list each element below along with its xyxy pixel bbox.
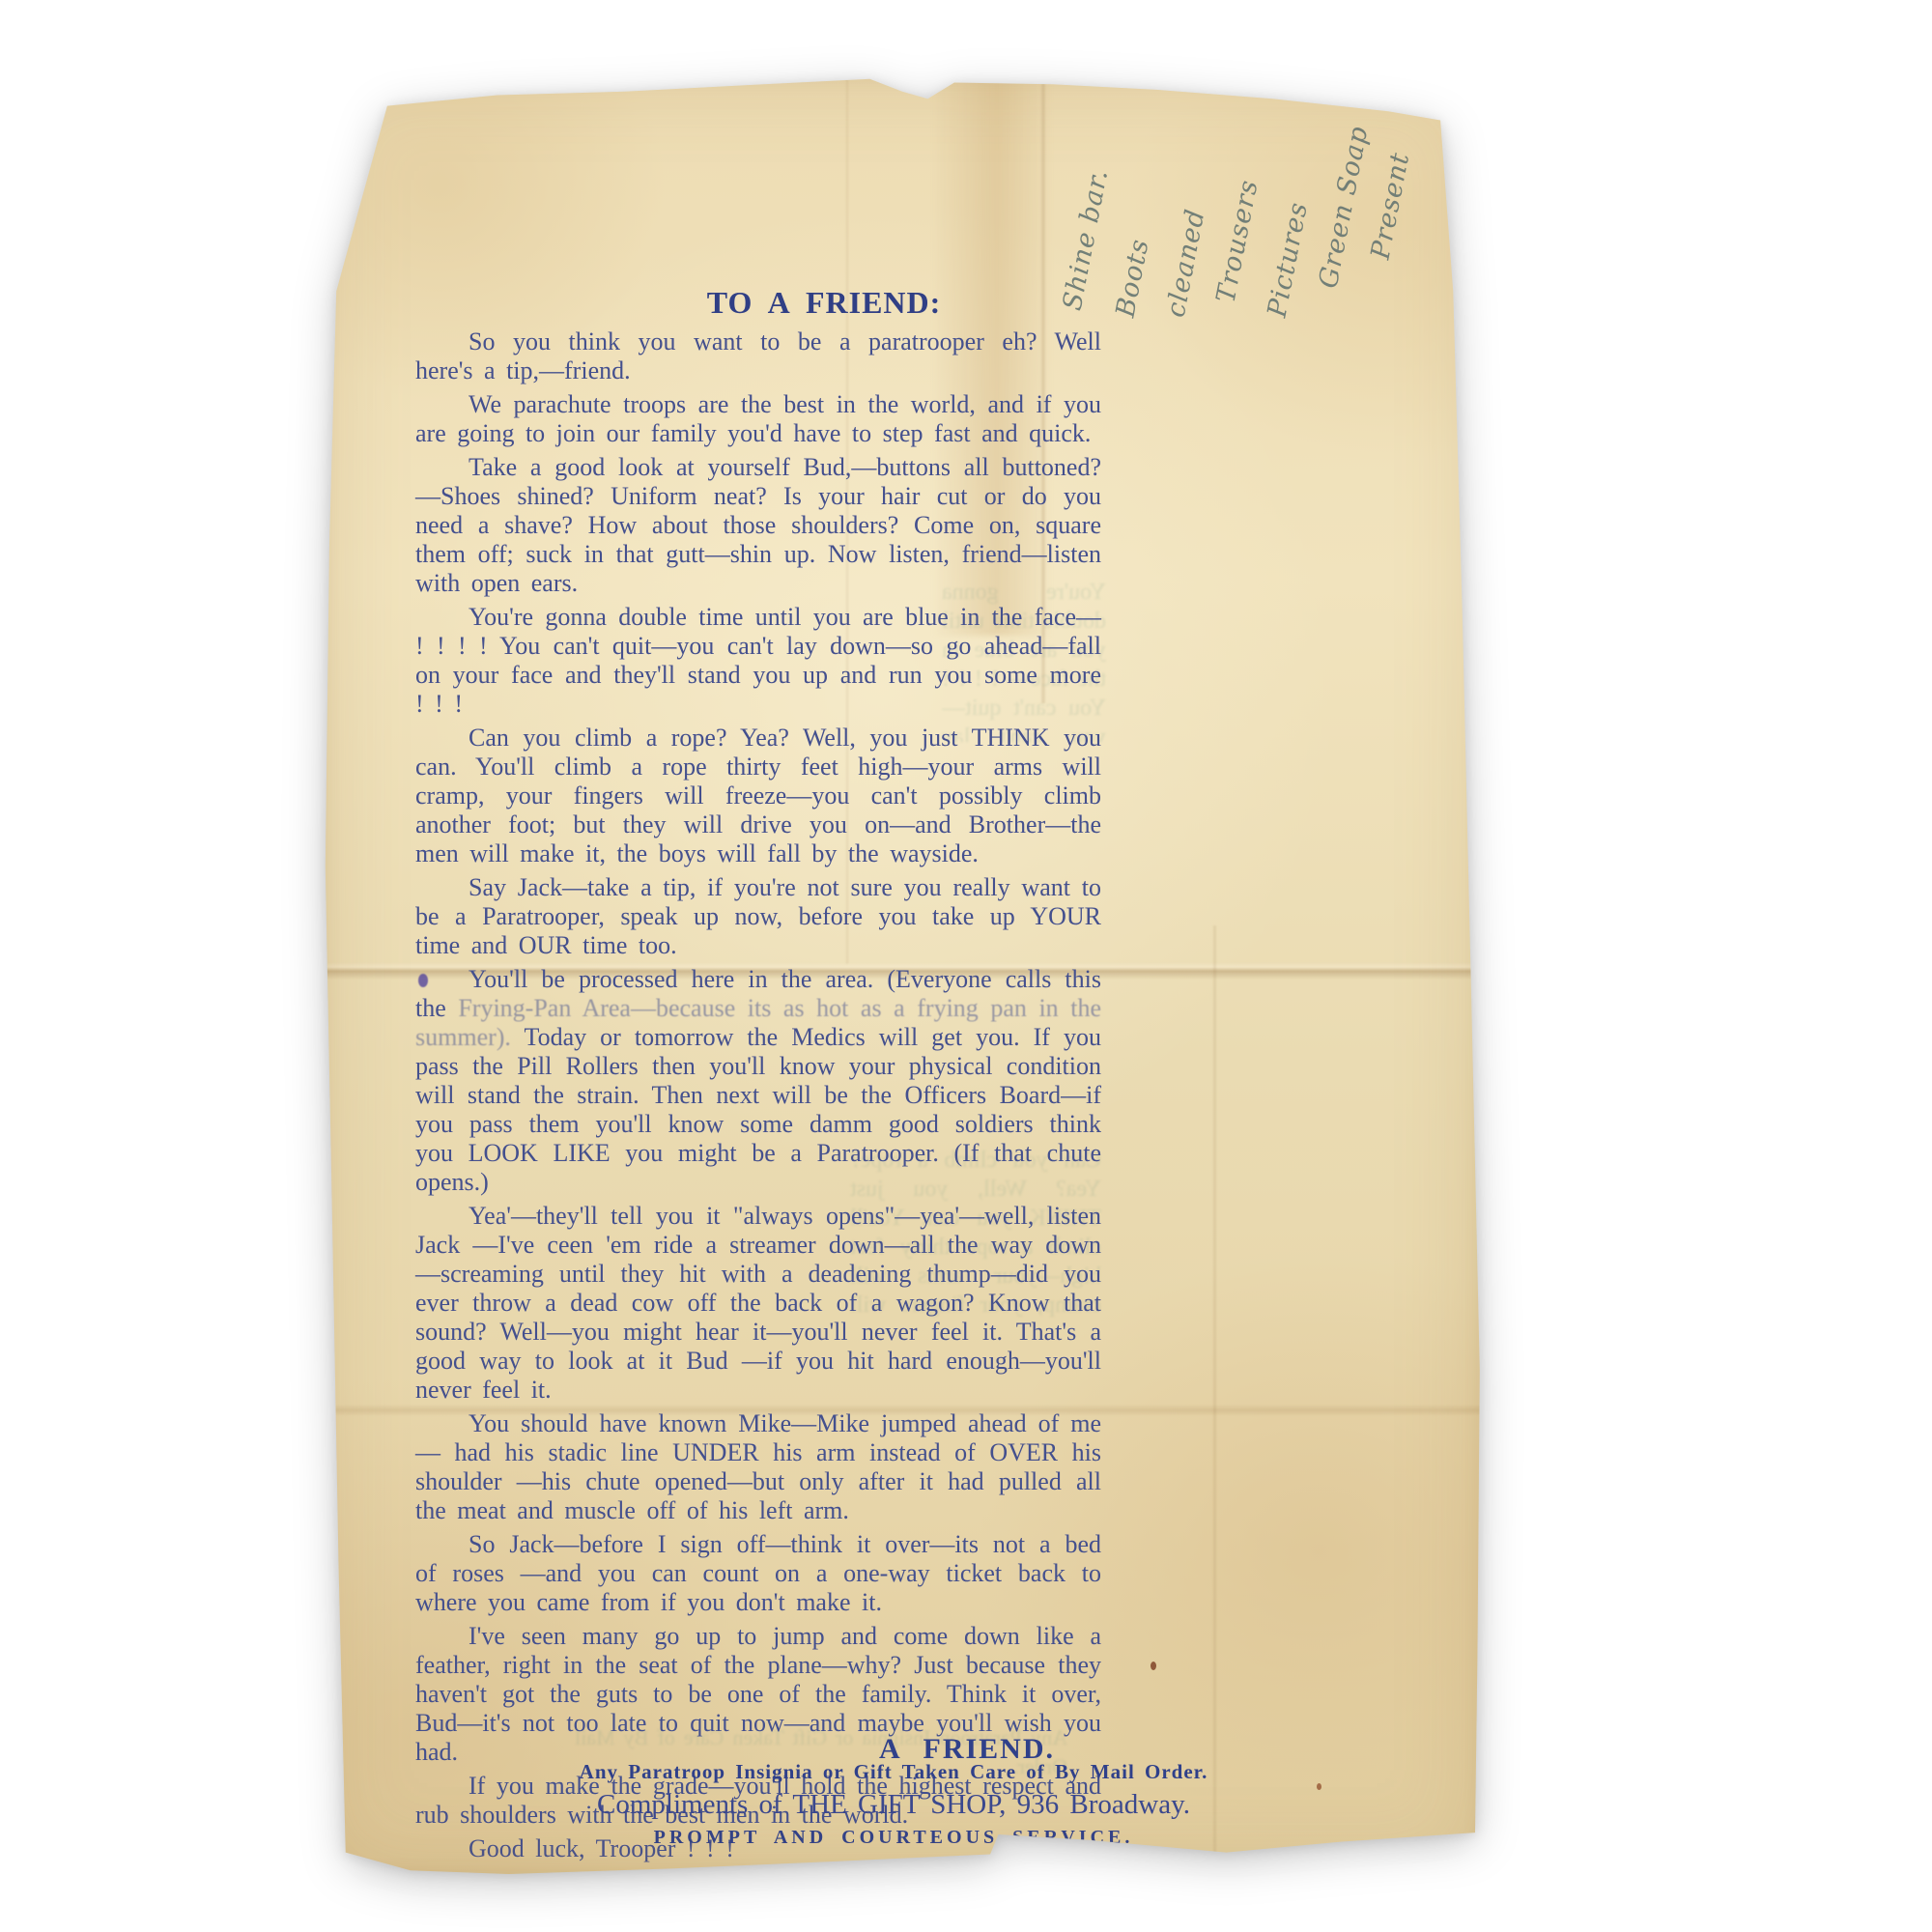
paper-speck [1317, 1783, 1321, 1790]
vertical-crease [1212, 925, 1217, 1874]
paper-speck [1151, 1662, 1156, 1670]
footer-service-line: PROMPT AND COURTEOUS SERVICE. [551, 1827, 1236, 1849]
handwritten-note: Pictures [1263, 199, 1315, 320]
footer-compliments-line: Compliments of THE GIFT SHOP, 936 Broadw… [551, 1789, 1236, 1821]
letter-paragraph: So you think you want to be a paratroope… [415, 327, 1101, 385]
handwritten-note: Trousers [1211, 177, 1264, 305]
letter-paragraph: Yea'—they'll tell you it "always opens"—… [415, 1202, 1101, 1405]
letter-paragraph: Take a good look at yourself Bud,—button… [415, 453, 1101, 598]
letter-paragraph: We parachute troops are the best in the … [415, 390, 1101, 448]
letter-paragraph-processed: You'll be processed here in the area. (E… [415, 965, 1101, 1197]
letter-paragraph: You should have known Mike—Mike jumped a… [415, 1409, 1101, 1525]
footer: Any Paratroop Insignia or Gift Taken Car… [415, 1760, 1236, 1849]
footer-mail-order-line: Any Paratroop Insignia or Gift Taken Car… [551, 1760, 1236, 1784]
handwritten-note: Green Soap [1314, 124, 1375, 291]
aged-paper-sheet: You're gonna double time until you are b… [324, 75, 1481, 1874]
letter-photo: You're gonna double time until you are b… [324, 75, 1481, 1874]
handwritten-note: Boots [1111, 237, 1155, 320]
handwritten-note: Present [1366, 150, 1416, 262]
letter-paragraph: Can you climb a rope? Yea? Well, you jus… [415, 724, 1101, 868]
handwritten-note: cleaned [1161, 207, 1211, 320]
letter-paragraph: So Jack—before I sign off—think it over—… [415, 1530, 1101, 1617]
letter-title: TO A FRIEND: [415, 285, 1101, 320]
letter-text-column: TO A FRIEND: So you think you want to be… [415, 285, 1101, 1868]
letter-paragraph: Say Jack—take a tip, if you're not sure … [415, 873, 1101, 960]
letter-paragraph: You're gonna double time until you are b… [415, 603, 1101, 719]
